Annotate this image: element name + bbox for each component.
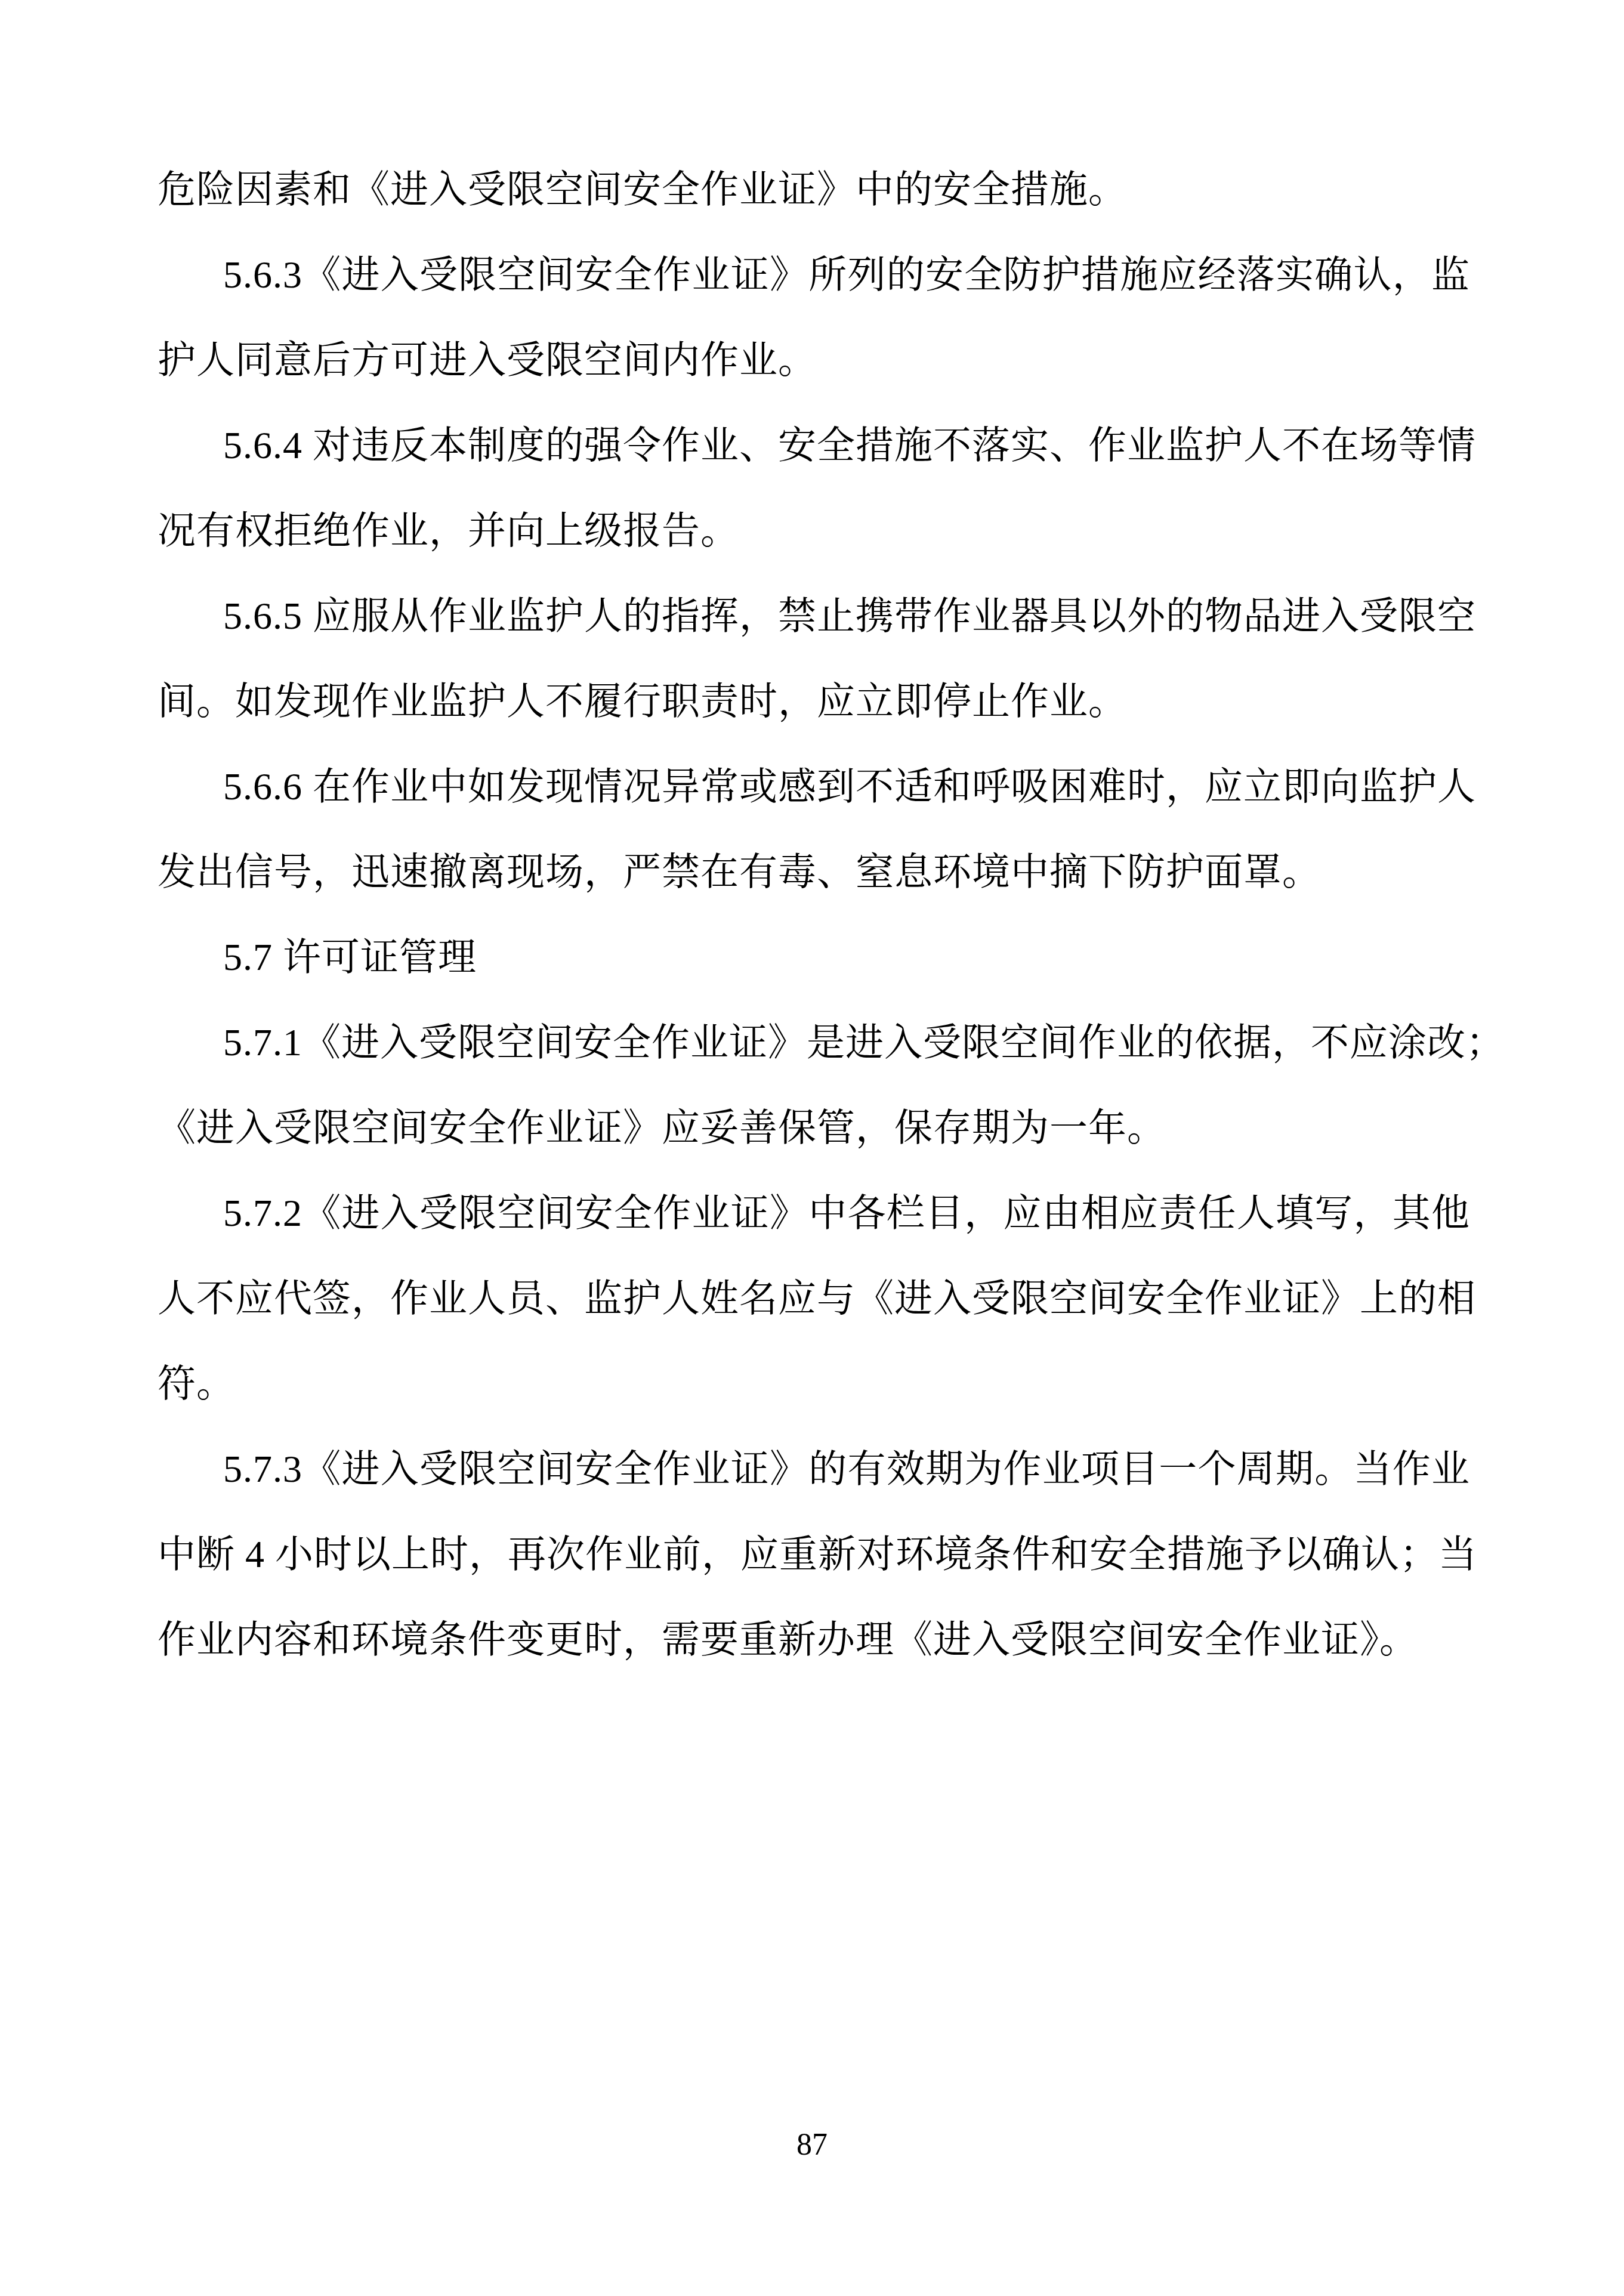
text-line: 护人同意后方可进入受限空间内作业。	[158, 317, 1470, 403]
document-page: 危险因素和《进入受限空间安全作业证》中的安全措施。5.6.3《进入受限空间安全作…	[0, 0, 1624, 2296]
paragraph: 危险因素和《进入受限空间安全作业证》中的安全措施。	[158, 147, 1470, 232]
paragraph: 5.7 许可证管理	[158, 914, 1470, 1000]
text-line: 中断 4 小时以上时，再次作业前，应重新对环境条件和安全措施予以确认；当	[158, 1512, 1470, 1597]
text-line: 况有权拒绝作业，并向上级报告。	[158, 488, 1470, 573]
text-line: 危险因素和《进入受限空间安全作业证》中的安全措施。	[158, 147, 1470, 232]
paragraph: 5.6.3《进入受限空间安全作业证》所列的安全防护措施应经落实确认，监护人同意后…	[158, 232, 1470, 403]
text-line: 发出信号，迅速撤离现场，严禁在有毒、窒息环境中摘下防护面罩。	[158, 829, 1470, 914]
text-line: 5.6.6 在作业中如发现情况异常或感到不适和呼吸困难时，应立即向监护人	[158, 744, 1470, 829]
paragraph: 5.6.6 在作业中如发现情况异常或感到不适和呼吸困难时，应立即向监护人发出信号…	[158, 744, 1470, 914]
text-line: 《进入受限空间安全作业证》应妥善保管，保存期为一年。	[158, 1085, 1470, 1170]
text-line: 间。如发现作业监护人不履行职责时，应立即停止作业。	[158, 659, 1470, 744]
text-line: 人不应代签，作业人员、监护人姓名应与《进入受限空间安全作业证》上的相	[158, 1256, 1470, 1341]
paragraph: 5.6.4 对违反本制度的强令作业、安全措施不落实、作业监护人不在场等情况有权拒…	[158, 403, 1470, 573]
paragraph: 5.6.5 应服从作业监护人的指挥，禁止携带作业器具以外的物品进入受限空间。如发…	[158, 573, 1470, 744]
text-line: 5.6.5 应服从作业监护人的指挥，禁止携带作业器具以外的物品进入受限空	[158, 573, 1470, 659]
text-block: 危险因素和《进入受限空间安全作业证》中的安全措施。5.6.3《进入受限空间安全作…	[158, 147, 1470, 1682]
paragraph: 5.7.1《进入受限空间安全作业证》是进入受限空间作业的依据，不应涂改；《进入受…	[158, 1000, 1470, 1170]
page-number: 87	[0, 2127, 1624, 2163]
text-line: 5.6.3《进入受限空间安全作业证》所列的安全防护措施应经落实确认，监	[158, 232, 1470, 317]
text-line: 5.7.1《进入受限空间安全作业证》是进入受限空间作业的依据，不应涂改；	[158, 1000, 1470, 1085]
text-line: 5.7.3《进入受限空间安全作业证》的有效期为作业项目一个周期。当作业	[158, 1426, 1470, 1512]
text-line: 符。	[158, 1341, 1470, 1426]
text-line: 作业内容和环境条件变更时，需要重新办理《进入受限空间安全作业证》。	[158, 1597, 1470, 1682]
paragraph: 5.7.2《进入受限空间安全作业证》中各栏目，应由相应责任人填写，其他人不应代签…	[158, 1170, 1470, 1426]
text-line: 5.7 许可证管理	[158, 914, 1470, 1000]
paragraph: 5.7.3《进入受限空间安全作业证》的有效期为作业项目一个周期。当作业中断 4 …	[158, 1426, 1470, 1682]
text-line: 5.7.2《进入受限空间安全作业证》中各栏目，应由相应责任人填写，其他	[158, 1170, 1470, 1256]
text-line: 5.6.4 对违反本制度的强令作业、安全措施不落实、作业监护人不在场等情	[158, 403, 1470, 488]
